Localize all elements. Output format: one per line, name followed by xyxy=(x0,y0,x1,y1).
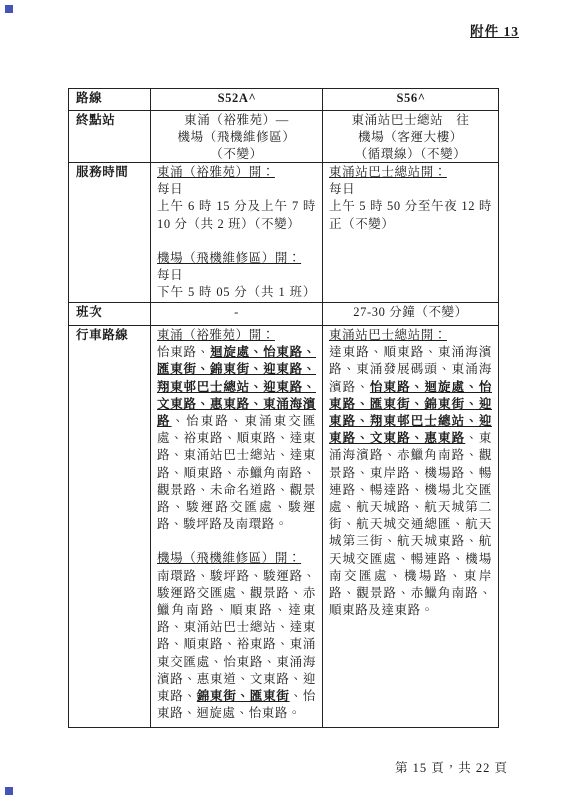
text-line: 每日 xyxy=(329,181,492,198)
text-line: 東涌站巴士總站 往 xyxy=(329,112,492,129)
route-segment: 、東涌海濱路、赤鱲角南路、觀景路、東岸路、機場路、暢連路、暢達路、機場北交匯處、… xyxy=(329,431,492,617)
route-segment: 怡東路、 xyxy=(157,345,210,359)
text-line: 機場（客運大樓） xyxy=(329,129,492,146)
route-segment-emphasized: 錦東街、匯東街 xyxy=(197,689,290,703)
corner-marker xyxy=(5,5,13,13)
route-description: 南環路、駿坪路、駿運路、駿運路交匯處、觀景路、赤鱲角南路、順東路、達東路、東涌站… xyxy=(157,568,316,723)
corner-marker xyxy=(5,787,13,795)
text-line: 每日 xyxy=(157,267,316,284)
text-line: （不變） xyxy=(157,146,316,162)
text-block: 機場（飛機維修區）開：每日下午 5 時 05 分（共 1 班）（不變） xyxy=(157,250,316,302)
block-heading: 東涌（裕雅苑）開： xyxy=(157,327,316,344)
text-line: 上午 5 時 50 分至午夜 12 時正（不變） xyxy=(329,198,492,232)
route-segment: 、怡東路、東涌東交匯處、裕東路、順東路、達東路、東涌站巴士總站、達東路、順東路、… xyxy=(157,414,316,531)
row-label-frequency: 班次 xyxy=(69,302,150,325)
document-page: 附件 13 路線 S52A^ S56^ 終點站 東涌（裕雅苑）—機場（飛機維修區… xyxy=(0,0,566,800)
row-label-route: 行車路線 xyxy=(69,325,150,727)
route-description: 怡東路、迴旋處、怡東路、匯東街、錦東街、迎東路、翔東邨巴士總站、迎東路、文東路、… xyxy=(157,344,316,533)
route-description: 達東路、順東路、東涌海濱路、東涌發展碼頭、東涌海濱路、怡東路、迴旋處、怡東路、匯… xyxy=(329,344,492,619)
service-hours-cell-s56: 東涌站巴士總站開：每日上午 5 時 50 分至午夜 12 時正（不變） xyxy=(322,162,498,302)
text-line: 機場（飛機維修區） xyxy=(157,129,316,146)
route-segment: 南環路、駿坪路、駿運路、駿運路交匯處、觀景路、赤鱲角南路、順東路、達東路、東涌站… xyxy=(157,569,316,703)
text-line: 上午 6 時 15 分及上午 7 時 10 分（共 2 班）（不變） xyxy=(157,198,316,232)
header-cell-s52a: S52A^ xyxy=(150,89,322,110)
text-block: 東涌（裕雅苑）開：怡東路、迴旋處、怡東路、匯東街、錦東街、迎東路、翔東邨巴士總站… xyxy=(157,327,316,533)
row-label-service-hours: 服務時間 xyxy=(69,162,150,302)
route-cell-s52a: 東涌（裕雅苑）開：怡東路、迴旋處、怡東路、匯東街、錦東街、迎東路、翔東邨巴士總站… xyxy=(150,325,322,727)
routes-table: 路線 S52A^ S56^ 終點站 東涌（裕雅苑）—機場（飛機維修區）（不變） … xyxy=(68,88,499,728)
frequency-cell-s56: 27-30 分鐘（不變） xyxy=(322,302,498,325)
frequency-cell-s52a: - xyxy=(150,302,322,325)
block-heading: 機場（飛機維修區）開： xyxy=(157,250,316,267)
annex-label: 附件 13 xyxy=(470,20,519,40)
text-block: 東涌站巴士總站開：每日上午 5 時 50 分至午夜 12 時正（不變） xyxy=(329,164,492,233)
text-line: （循環線）（不變） xyxy=(329,146,492,162)
block-heading: 機場（飛機維修區）開： xyxy=(157,550,316,567)
block-heading: 東涌站巴士總站開： xyxy=(329,327,492,344)
text-line: 每日 xyxy=(157,181,316,198)
text-block: 機場（飛機維修區）開：南環路、駿坪路、駿運路、駿運路交匯處、觀景路、赤鱲角南路、… xyxy=(157,550,316,722)
terminus-cell-s56: 東涌站巴士總站 往機場（客運大樓）（循環線）（不變） xyxy=(322,110,498,162)
text-line: 下午 5 時 05 分（共 1 班）（不變） xyxy=(157,284,316,302)
route-cell-s56: 東涌站巴士總站開：達東路、順東路、東涌海濱路、東涌發展碼頭、東涌海濱路、怡東路、… xyxy=(322,325,498,727)
block-heading: 東涌（裕雅苑）開： xyxy=(157,164,316,181)
header-cell-s56: S56^ xyxy=(322,89,498,110)
row-label-terminus: 終點站 xyxy=(69,110,150,162)
terminus-cell-s52a: 東涌（裕雅苑）—機場（飛機維修區）（不變） xyxy=(150,110,322,162)
page-number: 第 15 頁，共 22 頁 xyxy=(395,758,508,776)
text-block: 東涌（裕雅苑）開：每日上午 6 時 15 分及上午 7 時 10 分（共 2 班… xyxy=(157,164,316,233)
text-line: 東涌（裕雅苑）— xyxy=(157,112,316,129)
block-heading: 東涌站巴士總站開： xyxy=(329,164,492,181)
header-cell-route: 路線 xyxy=(69,89,150,110)
service-hours-cell-s52a: 東涌（裕雅苑）開：每日上午 6 時 15 分及上午 7 時 10 分（共 2 班… xyxy=(150,162,322,302)
text-block: 東涌站巴士總站開：達東路、順東路、東涌海濱路、東涌發展碼頭、東涌海濱路、怡東路、… xyxy=(329,327,492,619)
